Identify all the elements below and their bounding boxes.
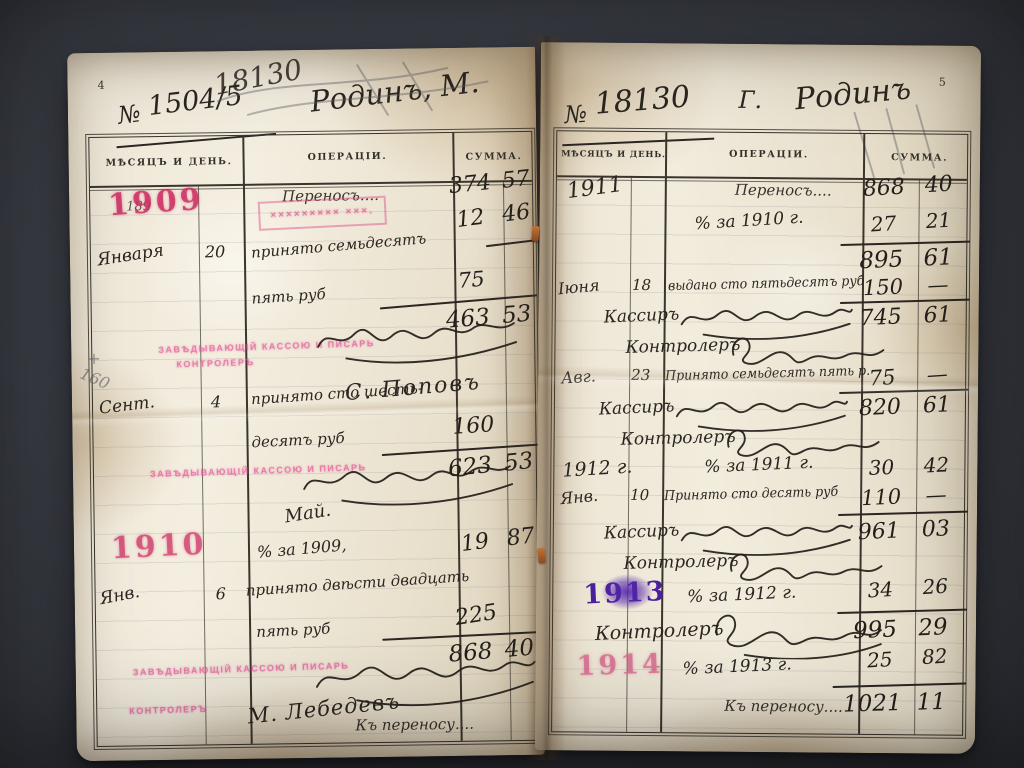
kopecks: — [913,272,962,298]
entry3-day: 10 [630,486,649,504]
interest-1910-label: % за 1910 г. [694,208,804,235]
cashier-label: Кассиръ [603,304,679,327]
kopecks: 26 [911,573,960,600]
kopecks: 87 [503,523,538,552]
column-header-sum: СУММА. [891,152,948,163]
kopecks [500,263,534,290]
interest-1909-label: % за 1909, [256,535,347,561]
passbook: 4 № 1504/5 18130 Родинъ, М. МѢСЯЦЪ И ДЕН… [58,28,990,768]
entry2-day: 23 [631,366,650,384]
year-1912: 1912 г. [562,455,633,481]
entry1-text: выдано сто пятьдесятъ руб [668,273,865,294]
running-total-b: 74561 [847,302,962,332]
entry2-amount: 160 [443,409,536,440]
entry1-amount: 150— [852,272,963,301]
right-page: 5 № 18130 Г. Родинъ МѢСЯЦЪ И ДЕНЬ. ОПЕРА… [535,42,981,754]
cashier-signature [310,310,523,369]
kopecks: 03 [911,516,960,543]
left-ledger-table: МѢСЯЦЪ И ДЕНЬ. ОПЕРАЦІИ. СУММА. 189 1909… [88,131,540,747]
carry-forward-label: Переносъ.... [735,181,832,200]
rubles: 110 [850,484,913,511]
rubles: 225 [445,598,508,632]
rubles: 1021 [836,690,909,718]
rubles: 895 [848,246,915,275]
pink-stamp-controller: КОНТРОЛЕРЪ [176,357,255,369]
left-page-number: 4 [97,79,104,92]
rubles: 995 [840,616,909,645]
kopecks: 29 [908,614,957,642]
interest-1913-label: % за 1913 г. [682,654,792,679]
red-box-stamp: ××××××××× ×××. [258,196,387,231]
rubles: 160 [443,412,505,441]
entry2-day: 4 [211,392,221,411]
kopecks: 61 [914,244,963,272]
right-account-number: 18130 [593,79,691,121]
rubles: 27 [852,210,915,238]
running-total-a: 89561 [848,244,963,275]
rubles: 34 [849,576,912,604]
rubles: 75 [851,364,914,392]
entry3-day: 6 [216,584,226,603]
left-page: 4 № 1504/5 18130 Родинъ, М. МѢСЯЦЪ И ДЕН… [67,47,545,761]
cashier-label: Кассиръ [603,520,679,543]
interest-1910-amount: 2721 [852,207,963,238]
carry-amount: 86840 [852,171,963,203]
left-numero-sign: № [116,99,142,129]
interest-1912-label: % за 1912 г. [687,582,797,607]
year-stamp-1913: 1913 [583,576,667,611]
entry3-month: Янв. [98,582,141,609]
right-page-number: 5 [939,76,946,89]
year-stamp-1914: 1914 [576,649,664,682]
column-header-operations: ОПЕРАЦІИ. [307,151,387,163]
entry3-text-line2: пять руб [256,619,331,641]
kopecks: 42 [912,452,961,478]
rubles: 150 [852,274,915,301]
entry2-month: Сент. [98,392,156,418]
photo-background: 4 № 1504/5 18130 Родинъ, М. МѢСЯЦЪ И ДЕН… [0,0,1024,768]
entry1-month: Іюня [557,275,600,298]
kopecks: 82 [910,643,959,670]
pencil-scribble [207,53,508,123]
entry1-text-line2: пять руб [251,285,326,308]
pink-stamp-controller: КОНТРОЛЕРЪ [129,704,208,716]
kopecks: 21 [914,207,963,234]
running-total-d: 96103 [845,516,960,546]
kopecks: 57 [499,166,533,194]
running-total-e: 99529 [840,614,957,645]
kopecks [504,594,539,624]
binding-staple [537,548,545,564]
kopecks: — [912,361,961,388]
entry2-text-line1: принято сто шесть- [250,379,423,408]
final-total: 102111 [836,689,955,718]
rubles: 374 [439,169,501,200]
kopecks: 61 [913,302,962,329]
rubles: 868 [852,174,915,203]
rubles: 745 [847,304,914,332]
right-holder-initial: Г. [738,86,762,114]
entry2-text-line2: десятъ руб [251,429,345,452]
rubles: 30 [850,454,913,481]
rubles: 75 [440,265,502,294]
rubles: 19 [444,527,507,559]
entry1-month: Января [96,240,165,270]
column-header-date: МѢСЯЦЪ И ДЕНЬ. [561,149,666,160]
rubles: 12 [439,203,502,235]
right-numero-sign: № [564,100,588,129]
rubles: 25 [848,646,911,674]
right-ledger-table: МѢСЯЦЪ И ДЕНЬ. ОПЕРАЦІИ. СУММА. 1911 Пер… [551,130,968,736]
entry1-text-line1: принято семьдесятъ [250,229,426,262]
day-column-line [626,176,632,732]
entry1-day: 18 [632,276,651,294]
may-note: Май. [283,500,332,528]
rubles: 820 [846,394,913,422]
cashier-label: Кассиръ [599,396,675,419]
day-column-line [198,184,207,744]
kopecks: 40 [914,171,963,199]
kopecks: 11 [908,689,955,716]
total-rule-f [832,682,966,688]
year-stamp-1910: 1910 [110,527,207,567]
column-header-operations: ОПЕРАЦІИ. [729,149,809,161]
rule-under-interest [486,239,538,247]
entry3-text: Принято сто десять руб [664,484,838,505]
entry2-month: Авг. [561,366,597,387]
entry3-amount: 110— [850,482,961,511]
entry1-day: 20 [205,242,226,261]
entry2-text: Принято семьдесятъ пять р. [665,363,870,384]
entry3-month: Янв. [559,486,599,509]
total-rule-d [838,511,968,516]
rubles: 961 [845,518,912,546]
kopecks: 61 [912,392,961,419]
interest-1911-amount: 3042 [850,452,961,481]
column-header-sum: СУММА. [465,151,522,163]
entry3-text-line1: принято двѣсти двадцать [245,567,469,600]
running-total-c: 82061 [846,392,961,422]
column-header-date: МѢСЯЦЪ И ДЕНЬ. [106,156,233,169]
carry-to-next-label: Къ переносу.... [724,697,843,716]
year-stamp-1909: 1909 [107,182,205,223]
carry-to-next-label: Къ переносу.... [355,715,474,735]
binding-staple [531,226,539,241]
kopecks: 46 [499,199,534,228]
interest-1911-label: % за 1911 г. [704,453,814,478]
kopecks: — [912,482,961,508]
kopecks [502,409,536,436]
